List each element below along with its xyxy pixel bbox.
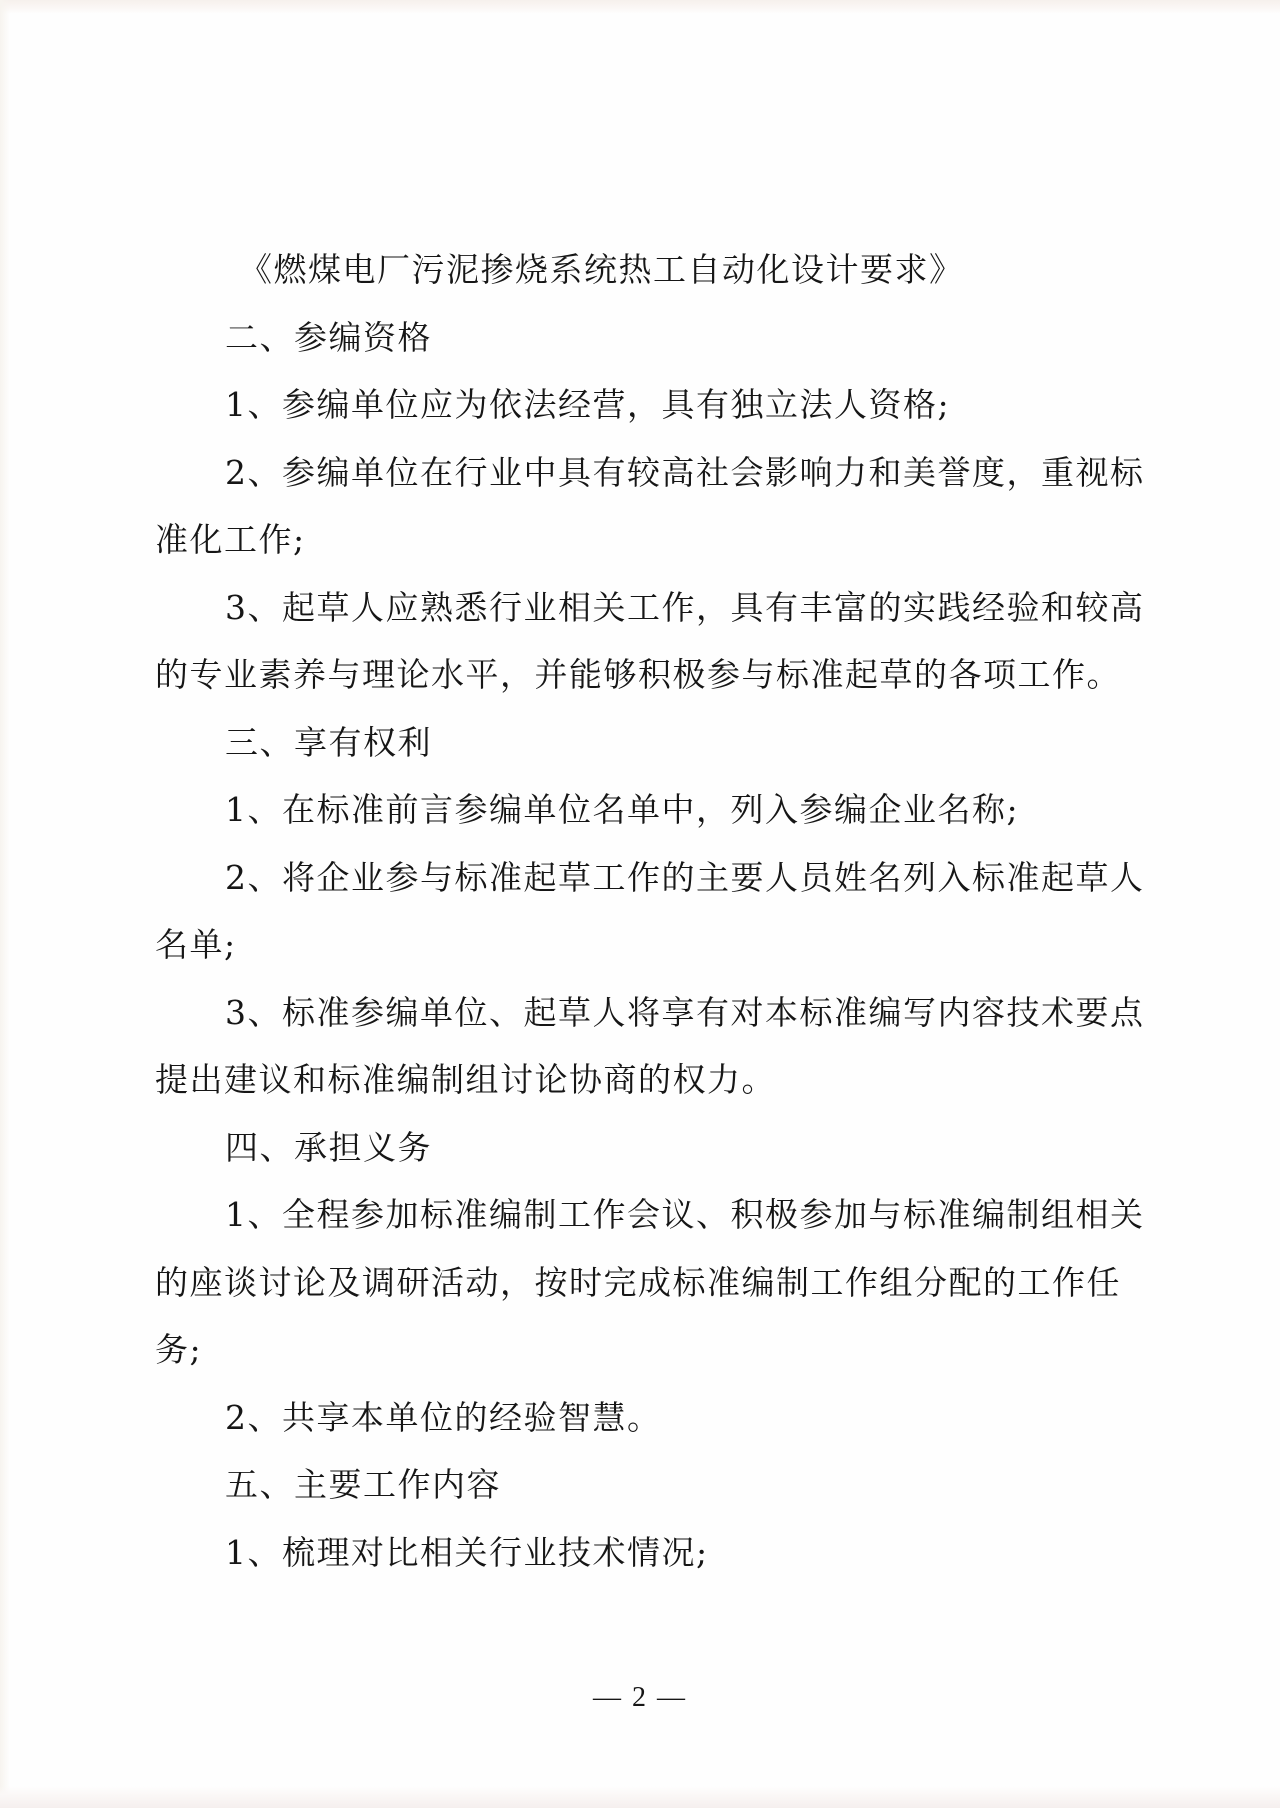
rights-item-3: 3、标准参编单位、起草人将享有对本标准编写内容技术要点 bbox=[155, 979, 1145, 1047]
qualification-item-2: 2、参编单位在行业中具有较高社会影响力和美誉度，重视标 bbox=[155, 439, 1145, 507]
document-title-line: 《燃煤电厂污泥掺烧系统热工自动化设计要求》 bbox=[155, 236, 1145, 304]
section-heading-rights: 三、享有权利 bbox=[155, 709, 1145, 777]
qualification-item-3-continued: 的专业素养与理论水平，并能够积极参与标准起草的各项工作。 bbox=[155, 641, 1145, 709]
qualification-item-3: 3、起草人应熟悉行业相关工作，具有丰富的实践经验和较高 bbox=[155, 574, 1145, 642]
rights-item-2: 2、将企业参与标准起草工作的主要人员姓名列入标准起草人 bbox=[155, 844, 1145, 912]
main-work-item-1: 1、梳理对比相关行业技术情况; bbox=[155, 1519, 1145, 1587]
page-number: — 2 — bbox=[0, 1682, 1280, 1714]
section-heading-obligations: 四、承担义务 bbox=[155, 1114, 1145, 1182]
rights-item-1: 1、在标准前言参编单位名单中，列入参编企业名称; bbox=[155, 776, 1145, 844]
document-page: 《燃煤电厂污泥掺烧系统热工自动化设计要求》 二、参编资格 1、参编单位应为依法经… bbox=[0, 0, 1280, 1808]
qualification-item-1: 1、参编单位应为依法经营，具有独立法人资格; bbox=[155, 371, 1145, 439]
rights-item-2-continued: 名单; bbox=[155, 911, 1145, 979]
obligations-item-1: 1、全程参加标准编制工作会议、积极参加与标准编制组相关 bbox=[155, 1181, 1145, 1249]
obligations-item-1-continued-2: 务; bbox=[155, 1316, 1145, 1384]
scan-edge-top bbox=[0, 0, 1280, 14]
obligations-item-2: 2、共享本单位的经验智慧。 bbox=[155, 1384, 1145, 1452]
rights-item-3-continued: 提出建议和标准编制组讨论协商的权力。 bbox=[155, 1046, 1145, 1114]
document-body: 《燃煤电厂污泥掺烧系统热工自动化设计要求》 二、参编资格 1、参编单位应为依法经… bbox=[155, 236, 1145, 1586]
scan-edge-left bbox=[0, 0, 10, 1808]
obligations-item-1-continued: 的座谈讨论及调研活动，按时完成标准编制工作组分配的工作任 bbox=[155, 1249, 1145, 1317]
scan-edge-bottom bbox=[0, 1786, 1280, 1808]
section-heading-qualifications: 二、参编资格 bbox=[155, 304, 1145, 372]
qualification-item-2-continued: 准化工作; bbox=[155, 506, 1145, 574]
section-heading-main-work: 五、主要工作内容 bbox=[155, 1451, 1145, 1519]
